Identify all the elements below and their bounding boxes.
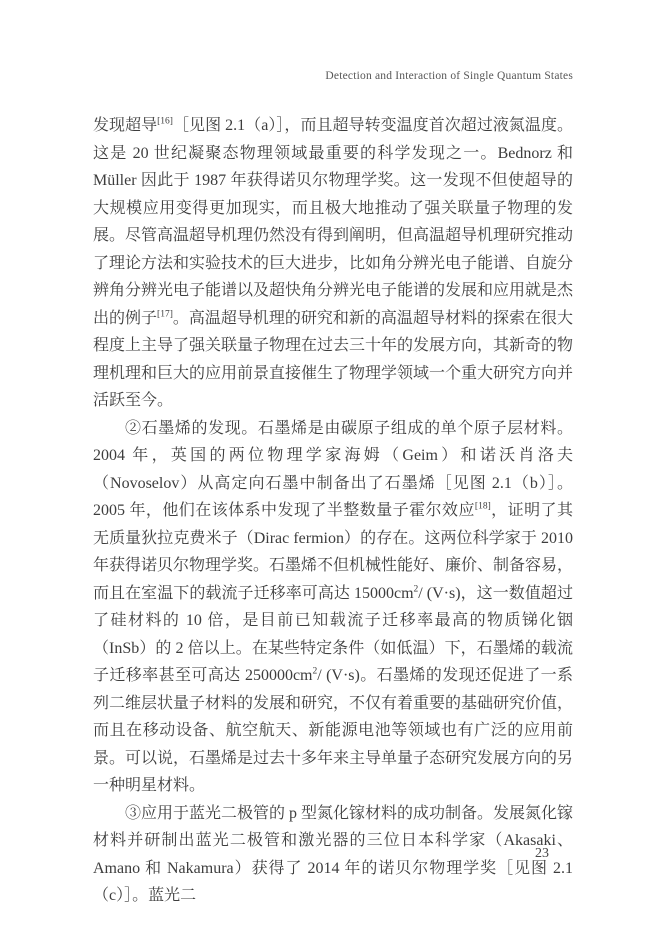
superscript: 2 [313,667,318,677]
document-page: Detection and Interaction of Single Quan… [0,0,666,930]
paragraph-1: 发现超导[16]［见图 2.1（a）］，而且超导转变温度首次超过液氮温度。这是 … [93,112,573,415]
superscript: [16] [157,117,173,127]
page-number: 23 [93,846,549,862]
body-text: 发现超导[16]［见图 2.1（a）］，而且超导转变温度首次超过液氮温度。这是 … [93,112,573,910]
superscript: [18] [475,502,491,512]
running-header: Detection and Interaction of Single Quan… [93,70,573,82]
paragraph-2: ②石墨烯的发现。石墨烯是由碳原子组成的单个原子层材料。2004 年，英国的两位物… [93,415,573,800]
superscript: 2 [414,584,419,594]
superscript: [17] [157,309,173,319]
